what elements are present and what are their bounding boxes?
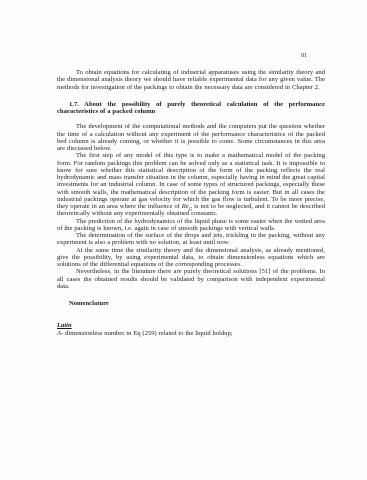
- section-heading-1-7: 1.7. About the possibility of purely the…: [57, 101, 325, 116]
- paragraph-similarity: At the same time the similarity theory a…: [57, 247, 325, 269]
- book-page: 81 To obtain equations for calculating o…: [0, 0, 367, 480]
- paragraph-nevertheless: Nevertheless, in the literature there ar…: [57, 268, 325, 290]
- paragraph-prediction: The prediction of the hydrodynamics of t…: [57, 218, 325, 233]
- nomenclature-entry-description: - dimensionless number in Eq (259) relat…: [61, 330, 233, 337]
- reynolds-number-symbol: Re: [182, 203, 189, 210]
- page-number: 81: [301, 53, 307, 60]
- paragraph-development: The development of the computational met…: [57, 123, 325, 152]
- nomenclature-heading: Nomenclature: [57, 300, 325, 307]
- paragraph-determination: The determination of the surface of the …: [57, 232, 325, 247]
- paragraph-first-step: The first step of any model of this type…: [57, 152, 325, 217]
- text-block: To obtain equations for calculating of i…: [57, 69, 325, 337]
- paragraph-first-step-text: The first step of any model of this type…: [57, 152, 325, 210]
- nomenclature-latin-subheading: Latin: [57, 322, 325, 329]
- nomenclature-entry-A: A- dimensionless number in Eq (259) rela…: [57, 330, 325, 337]
- intro-paragraph: To obtain equations for calculating of i…: [57, 69, 325, 91]
